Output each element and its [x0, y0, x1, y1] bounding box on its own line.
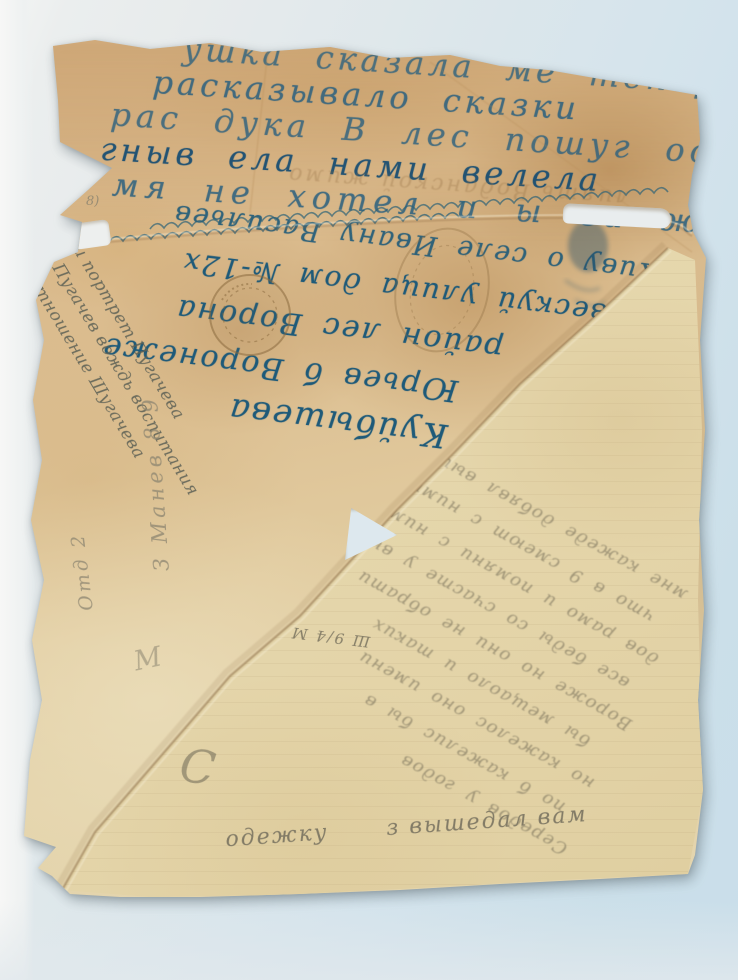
pencil-note: 8) — [86, 194, 99, 209]
flap-bottom-line: одежкуз вышедал вам — [225, 797, 666, 853]
background-bottom-shade — [0, 900, 738, 980]
pencil-note: М — [131, 641, 164, 677]
paper-shadow: ушка сказала ме теперь расказывало сказк… — [0, 0, 738, 980]
letter-paper: ушка сказала ме теперь расказывало сказк… — [0, 0, 738, 980]
flap-bottom-left: одежку — [225, 820, 330, 852]
letter-photo: ушка сказала ме теперь расказывало сказк… — [0, 0, 738, 980]
pencil-note: Отд 2 — [66, 531, 97, 612]
flap-flourish: С — [176, 738, 218, 796]
